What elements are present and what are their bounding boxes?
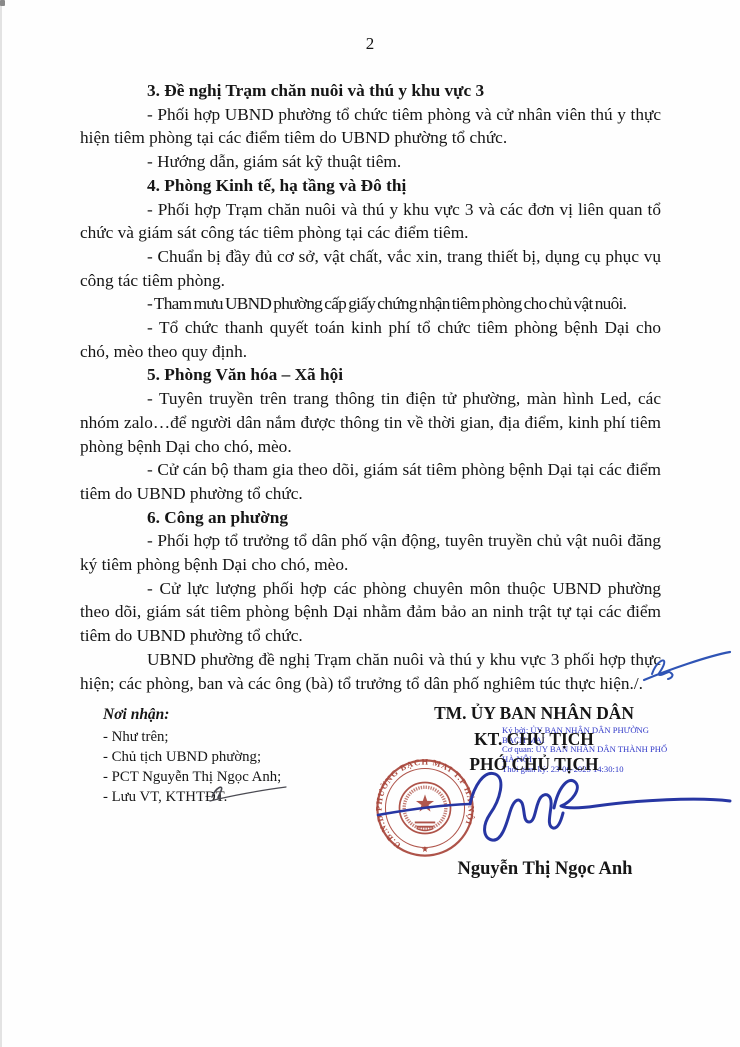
stamp-center-star (416, 794, 434, 811)
recipients-label: Nơi nhận: (103, 706, 373, 724)
paragraph: - Phối hợp tổ trưởng tổ dân phố vận động… (80, 529, 661, 576)
page-number: 2 (0, 34, 740, 54)
paragraph: - Phối hợp UBND phường tổ chức tiêm phòn… (80, 103, 661, 150)
paragraph: - Chuẩn bị đầy đủ cơ sở, vật chất, vắc x… (80, 245, 661, 292)
paragraph: 6. Công an phường (80, 506, 661, 530)
paragraph: - Tuyên truyền trên trang thông tin điện… (80, 387, 661, 458)
paragraph: 4. Phòng Kinh tế, hạ tầng và Đô thị (80, 174, 661, 198)
title-line: KT. CHỦ TỊCH (418, 727, 650, 753)
paragraph: - Cử lực lượng phối hợp các phòng chuyên… (80, 577, 661, 648)
recipient-item: - Chủ tịch UBND phường; (103, 747, 373, 767)
signer-name: Nguyễn Thị Ngọc Anh (420, 859, 670, 880)
document-body: 3. Đề nghị Trạm chăn nuôi và thú y khu v… (80, 79, 661, 695)
paragraph: - Cử cán bộ tham gia theo dõi, giám sát … (80, 458, 661, 505)
authority-line: TM. ỦY BAN NHÂN DÂN (418, 701, 650, 727)
blue-initials-mark (638, 644, 738, 686)
stamp-bottom-star: ★ (421, 844, 429, 854)
document-page: 2 3. Đề nghị Trạm chăn nuôi và thú y khu… (0, 0, 740, 1047)
paragraph: - Phối hợp Trạm chăn nuôi và thú y khu v… (80, 198, 661, 245)
pen-initials-mark (206, 779, 292, 805)
paragraph: - Hướng dẫn, giám sát kỹ thuật tiêm. (80, 150, 661, 174)
recipient-item: - Như trên; (103, 727, 373, 747)
scan-artifact (0, 0, 5, 6)
position-line: PHÓ CHỦ TỊCH (418, 752, 650, 778)
paragraph: - Tổ chức thanh quyết toán kinh phí tổ c… (80, 316, 661, 363)
paragraph: 5. Phòng Văn hóa – Xã hội (80, 363, 661, 387)
paragraph: - Tham mưu UBND phường cấp giấy chứng nh… (80, 292, 661, 316)
paragraph: UBND phường đề nghị Trạm chăn nuôi và th… (80, 648, 661, 695)
paragraph: 3. Đề nghị Trạm chăn nuôi và thú y khu v… (80, 79, 661, 103)
signature-titles: TM. ỦY BAN NHÂN DÂN KT. CHỦ TỊCH PHÓ CHỦ… (418, 701, 650, 778)
